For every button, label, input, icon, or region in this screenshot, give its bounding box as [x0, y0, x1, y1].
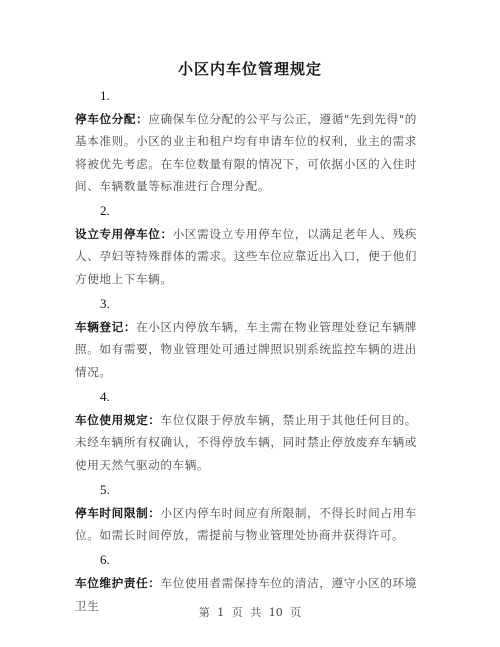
- section-paragraph: 车辆登记：在小区内停放车辆，车主需在物业管理处登记车辆牌照。如有需要，物业管理处…: [75, 316, 417, 383]
- section-heading: 停车位分配：: [75, 112, 148, 126]
- document-page: 小区内车位管理规定 1. 停车位分配：应确保车位分配的公平与公正，遵循"先到先得…: [0, 0, 500, 647]
- section-number: 6.: [75, 548, 417, 572]
- section-heading: 设立专用停车位：: [75, 227, 173, 241]
- section-heading: 车辆登记：: [75, 320, 136, 334]
- section-paragraph: 停车时间限制：小区内停车时间应有所限制，不得长时间占用车位。如需长时间停放，需提…: [75, 502, 417, 547]
- section-heading: 停车时间限制：: [75, 506, 161, 520]
- section-number: 4.: [75, 385, 417, 409]
- section-number: 1.: [75, 84, 417, 108]
- section-number: 5.: [75, 478, 417, 502]
- section-paragraph: 设立专用停车位：小区需设立专用停车位，以满足老年人、残疾人、孕妇等特殊群体的需求…: [75, 223, 417, 290]
- page-footer: 第 1 页 共 10 页: [0, 604, 500, 620]
- section-number: 2.: [75, 199, 417, 223]
- section-heading: 车位使用规定：: [75, 413, 161, 427]
- section-number: 3.: [75, 292, 417, 316]
- section-paragraph: 车位使用规定：车位仅限于停放车辆，禁止用于其他任何目的。未经车辆所有权确认，不得…: [75, 409, 417, 476]
- page-title: 小区内车位管理规定: [0, 58, 500, 79]
- document-body: 1. 停车位分配：应确保车位分配的公平与公正，遵循"先到先得"的基本准则。小区的…: [75, 84, 417, 619]
- section-paragraph: 停车位分配：应确保车位分配的公平与公正，遵循"先到先得"的基本准则。小区的业主和…: [75, 108, 417, 197]
- section-heading: 车位维护责任：: [75, 576, 161, 590]
